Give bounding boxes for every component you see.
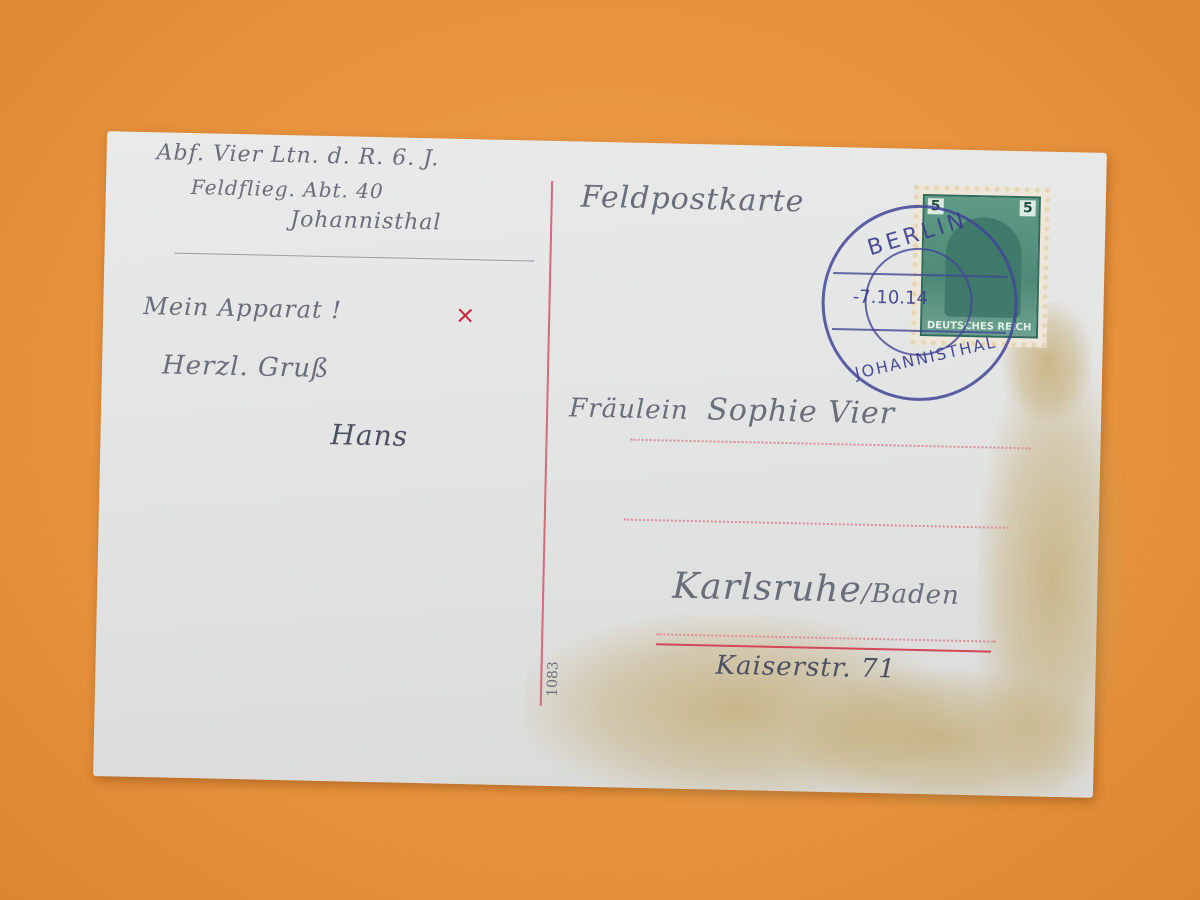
recipient-city-name: Karlsruhe [672, 566, 862, 611]
message-signature: Hans [330, 418, 408, 453]
stamp-value-right: 5 [1020, 200, 1036, 216]
red-x-mark: × [455, 301, 476, 329]
recipient-salutation: Fräulein [569, 393, 689, 426]
recipient-street: Kaiserstr. 71 [715, 651, 896, 685]
sender-line-2: Feldflieg. Abt. 40 [191, 175, 384, 203]
postcard: Abf. Vier Ltn. d. R. 6. J. Feldflieg. Ab… [93, 131, 1107, 798]
pencil-note: 1083 [545, 661, 562, 697]
card-divider-line [540, 181, 553, 706]
sender-underline [174, 253, 534, 262]
water-stain [973, 350, 1133, 803]
sender-line-1: Abf. Vier Ltn. d. R. 6. J. [156, 140, 439, 171]
water-stain [523, 610, 947, 809]
message-line-1: Mein Apparat ! [143, 292, 342, 324]
address-line-3 [656, 633, 996, 642]
postmark-date: -7.10.14 [852, 286, 928, 309]
message-greeting: Herzl. Gruß [162, 350, 330, 384]
sender-line-3: Johannisthal [290, 207, 442, 235]
recipient-name: Fräulein Sophie Vier [569, 389, 896, 431]
address-line-2 [624, 519, 1009, 529]
card-heading: Feldpostkarte [580, 180, 804, 220]
recipient-region: /Baden [861, 579, 960, 611]
recipient-full-name: Sophie Vier [707, 392, 896, 431]
water-stain [793, 666, 1096, 813]
sender-address: Abf. Vier Ltn. d. R. 6. J. Feldflieg. Ab… [107, 131, 1107, 153]
address-line-4 [656, 643, 991, 652]
recipient-city: Karlsruhe/Baden [672, 566, 960, 613]
address-line-1 [631, 439, 1031, 450]
